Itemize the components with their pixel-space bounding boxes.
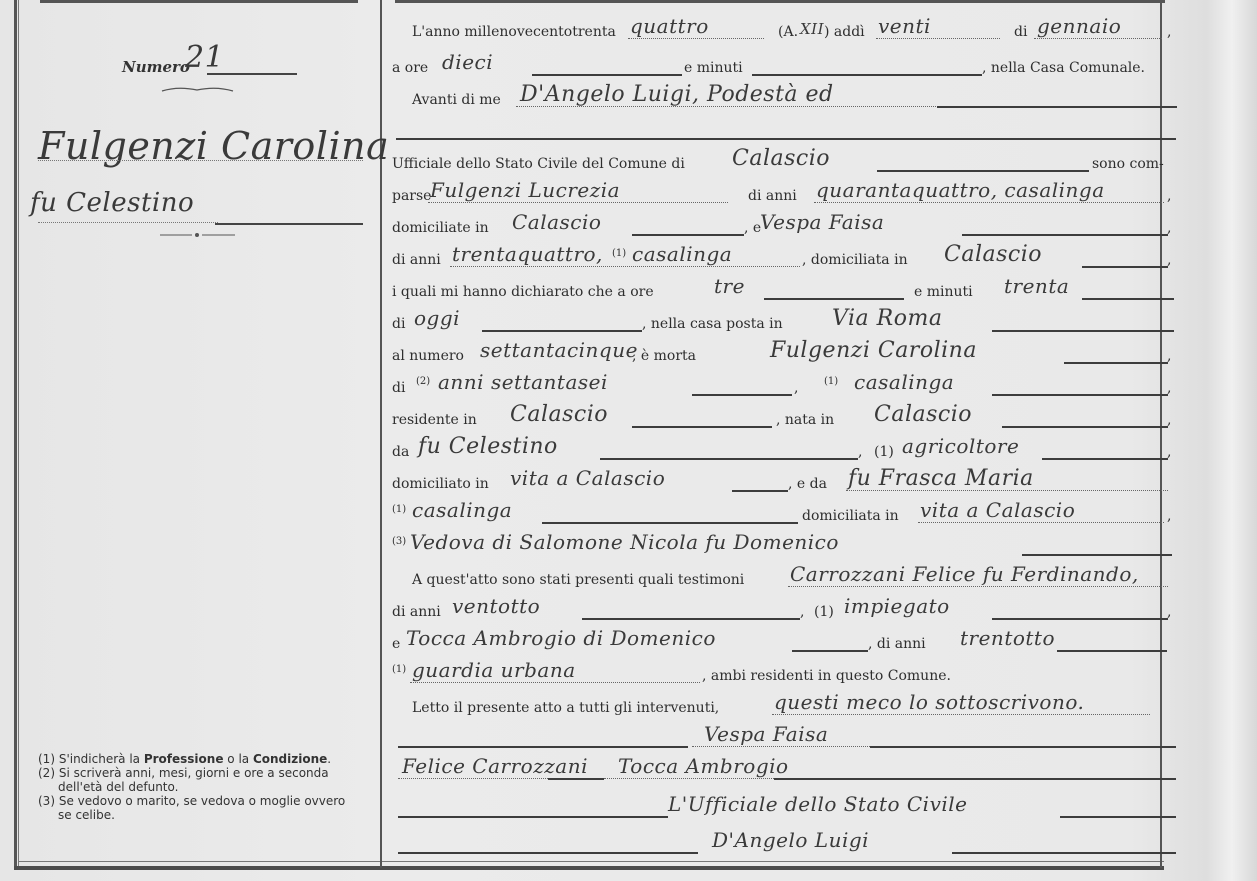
signature-officer-title: L'Ufficiale dello Stato Civile [668, 792, 968, 816]
frame-border-bottom-inner [18, 861, 1164, 862]
witness2-profession: guardia urbana [412, 658, 576, 682]
frame-border-left [14, 0, 17, 868]
dash-dot-ornament-icon [160, 232, 235, 238]
signature-line-3: L'Ufficiale dello Stato Civile [392, 796, 1174, 822]
act-line-declarant2: domiciliate in Calascio , e Vespa Faisa … [392, 214, 1174, 240]
month: gennaio [1037, 14, 1121, 38]
civil-register-page: Numero 21 Fulgenzi Carolina fu Celestino… [0, 0, 1257, 881]
footnote-2: (2) Si scriverà anni, mesi, giorni e ore… [38, 766, 368, 780]
deceased-birthplace: Calascio [874, 402, 972, 427]
declarant2-profession: casalinga [632, 242, 732, 266]
act-line-mother: (1) casalinga domiciliata in vita a Cala… [392, 502, 1174, 528]
act-line-place: di oggi , nella casa posta in Via Roma [392, 310, 1174, 336]
act-line-witness2-profession: (1) guardia urbana , ambi residenti in q… [392, 662, 1174, 688]
death-minutes: trenta [1004, 274, 1069, 298]
act-line-residence: residente in Calascio , nata in Calascio… [392, 406, 1174, 432]
footnote-3-continuation: se celibe. [38, 808, 368, 822]
marital-status: Vedova di Salomone Nicola fu Domenico [410, 530, 839, 554]
signature-tocca-ambrogio: Tocca Ambrogio [618, 754, 789, 778]
act-line-municipality: Ufficiale dello Stato Civile del Comune … [392, 150, 1174, 176]
act-line-officer: Avanti di me D'Angelo Luigi, Podestà ed [392, 86, 1174, 112]
declarant2-residence: Calascio [944, 242, 1042, 267]
footnote-1: (1) S'indicherà la Professione o la Cond… [38, 752, 368, 766]
act-line-deceased-age: di (2) anni settantasei , (1) casalinga … [392, 374, 1174, 400]
death-day: oggi [414, 306, 460, 330]
father-profession: agricoltore [902, 434, 1019, 458]
frame-border-top-right [395, 0, 1165, 3]
numero-underline [207, 73, 297, 75]
signing-statement: questi meco lo sottoscrivono. [774, 690, 1084, 714]
signature-line-1: Vespa Faisa [392, 726, 1174, 752]
declarant2-name: Vespa Faisa [760, 210, 884, 234]
witness1-name: Carrozzani Felice fu Ferdinando, [790, 562, 1139, 586]
act-line-reading: Letto il presente atto a tutti gli inter… [392, 694, 1174, 720]
signature-vespa-faisa: Vespa Faisa [704, 722, 828, 746]
frame-border-bottom [14, 866, 1164, 870]
numero-value: 21 [185, 40, 224, 75]
mother-profession: casalinga [412, 498, 512, 522]
act-line-declarant2-details: di anni trentaquattro, (1) casalinga , d… [392, 246, 1174, 272]
swirl-ornament-icon [160, 86, 235, 94]
signature-line-2: Felice Carrozzani Tocca Ambrogio [392, 758, 1174, 784]
signature-felice-carrozzani: Felice Carrozzani [402, 754, 588, 778]
death-hour: tre [714, 274, 745, 298]
act-line-blank [392, 118, 1174, 144]
signature-line-4: D'Angelo Luigi [392, 832, 1174, 858]
act-line-marital-status: (3) Vedova di Salomone Nicola fu Domenic… [392, 534, 1174, 560]
frame-border-left-inner [18, 0, 19, 868]
declarant1-residence: Calascio [512, 210, 601, 234]
mother-name: fu Frasca Maria [848, 466, 1034, 491]
hour: dieci [442, 50, 493, 74]
dotted-line [38, 222, 218, 223]
declarant1-name: Fulgenzi Lucrezia [430, 178, 620, 202]
house-number: settantacinque [480, 338, 638, 362]
act-line-witness2: e Tocca Ambrogio di Domenico , di anni t… [392, 630, 1174, 656]
footnotes: (1) S'indicherà la Professione o la Cond… [38, 752, 368, 822]
act-line-deceased: al numero settantacinque , è morta Fulge… [392, 342, 1174, 368]
father-name: fu Celestino [418, 434, 558, 459]
declarant1-age-profession: quarantaquattro, casalinga [816, 178, 1105, 202]
deceased-name: Fulgenzi Carolina [770, 338, 977, 363]
frame-border-top-left [40, 0, 358, 3]
witness2-name: Tocca Ambrogio di Domenico [406, 626, 716, 650]
year-suffix: quattro [630, 14, 709, 38]
deceased-age: anni settantasei [438, 370, 608, 394]
declarant2-age: trentaquattro, [452, 242, 603, 266]
act-line-time-of-death: i quali mi hanno dichiarato che a ore tr… [392, 278, 1174, 304]
act-line-declarant1: parse Fulgenzi Lucrezia di anni quaranta… [392, 182, 1174, 208]
father-residence: vita a Calascio [510, 466, 665, 490]
deceased-profession: casalinga [854, 370, 954, 394]
act-line-year: L'anno millenovecentotrenta quattro (A. … [392, 18, 1174, 44]
deceased-residence: Calascio [510, 402, 608, 427]
mother-residence: vita a Calascio [920, 498, 1075, 522]
municipality: Calascio [732, 146, 830, 171]
day: venti [878, 14, 931, 38]
signature-officer: D'Angelo Luigi [712, 828, 869, 852]
numero-label: Numero [122, 58, 190, 76]
officer-name: D'Angelo Luigi, Podestà ed [520, 82, 834, 107]
act-line-witnesses: A quest'atto sono stati presenti quali t… [392, 566, 1174, 592]
witness1-age: ventotto [452, 594, 540, 618]
act-line-hour: a ore dieci e minuti , nella Casa Comuna… [392, 54, 1174, 80]
underline [215, 223, 363, 225]
deceased-father-margin: fu Celestino [30, 188, 194, 218]
footnote-3: (3) Se vedovo o marito, se vedova o mogl… [38, 794, 368, 808]
act-line-father: da fu Celestino , (1) agricoltore , [392, 438, 1174, 464]
act-line-father-residence: domiciliato in vita a Calascio , e da fu… [392, 470, 1174, 496]
street: Via Roma [832, 306, 942, 331]
witness1-profession: impiegato [844, 594, 950, 618]
deceased-name-margin: Fulgenzi Carolina [38, 124, 389, 168]
dotted-line [38, 160, 363, 161]
footnote-2-continuation: dell'età del defunto. [38, 780, 368, 794]
fascist-era-year: XII [800, 20, 824, 38]
witness2-age: trentotto [960, 626, 1055, 650]
act-line-witness1-details: di anni ventotto , (1) impiegato , [392, 598, 1174, 624]
